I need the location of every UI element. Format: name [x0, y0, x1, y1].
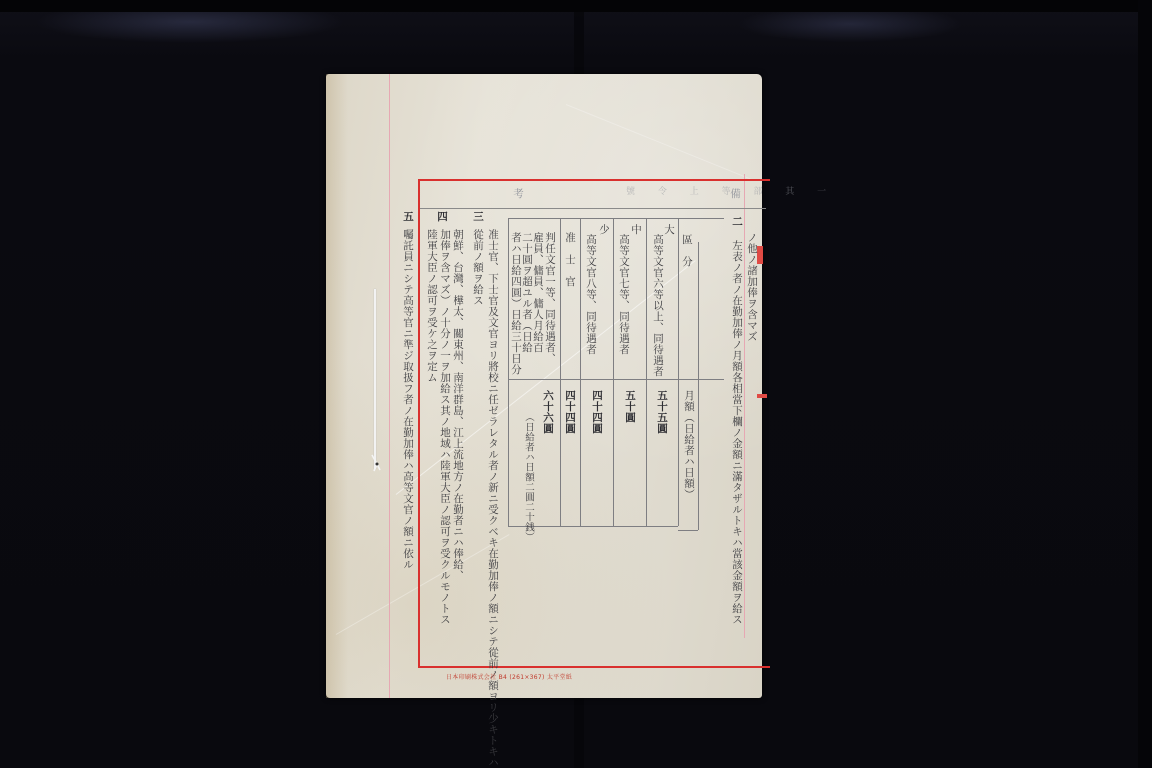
- frame-top-edge: [0, 0, 1152, 12]
- row-5-category-d: 者ハ日給四圓）日給三十日分: [510, 232, 522, 375]
- section-2-line-1: ノ他ノ諸加俸ヲ含マズ: [746, 232, 758, 342]
- section-2-line-2: 左表ノ者ノ在勤加俸ノ月額各相當下欄ノ金額ニ滿タザルトキハ當該金額ヲ給ス: [731, 240, 743, 625]
- document-page: 備 考 號 令 上 等 部 其 一 二 ノ他ノ諸加俸ヲ含マズ 左表ノ者ノ在勤加俸…: [326, 74, 762, 698]
- row-2-category: 高等文官七等、同待遇者: [618, 234, 630, 355]
- row-2-amount: 五十圓: [624, 390, 636, 423]
- paper-crease: [566, 104, 752, 180]
- table-col-divider: [698, 242, 699, 530]
- row-1-category: 高等文官六等以上、同待遇者: [652, 234, 664, 377]
- section-4-line-2: 加俸ヲ含マズ）ノ十分ノ一ヲ加給ス其ノ地域ハ陸軍大臣ノ認可ヲ受クルモノトス: [439, 229, 451, 625]
- section-4-line-3: 陸軍大臣ノ認可ヲ受ケ之ヲ定ム: [426, 229, 438, 383]
- table-col-divider: [580, 218, 581, 526]
- margin-line: [389, 74, 390, 698]
- header-char-left: 考: [512, 188, 524, 199]
- row-2-rank-mark: 中: [630, 224, 642, 235]
- section-3-number: 三: [472, 211, 484, 222]
- table-col-divider: [646, 218, 647, 526]
- section-4-number: 四: [436, 211, 448, 222]
- row-1-rank-mark: 大: [663, 224, 675, 235]
- row-3-category: 高等文官八等、同待遇者: [585, 234, 597, 355]
- row-4-amount: 四十四圓: [564, 390, 576, 434]
- table-mid-rule: [508, 379, 724, 380]
- table-top-rule: [508, 218, 724, 219]
- section-4-line-1: 朝鮮、台灣、樺太、關東州、南洋群島、江上流地方ノ在勤者ニハ俸給、: [452, 229, 464, 581]
- table-header-category: 區 分: [681, 234, 693, 267]
- section-5-line-1: 囑託員ニシテ高等官ニ準ジ取扱フ者ノ在勤加俸ハ高等文官ノ額ニ依ル: [402, 229, 414, 570]
- row-5-category-b: 雇員、傭員、傭人月給百: [532, 232, 544, 353]
- row-3-amount: 四十四圓: [591, 390, 603, 434]
- row-3-rank-mark: 少: [598, 224, 610, 235]
- red-edge-mark: [757, 394, 767, 398]
- frame-right-edge: [1138, 0, 1152, 768]
- header-rule: [420, 208, 766, 209]
- section-3-line-1: 准士官、下士官及文官ヨリ將校ニ任ゼラレタル者ノ新ニ受クベキ在勤加俸ノ額ニシテ從前…: [487, 229, 499, 768]
- row-5-category-c: 二十圓ヲ超ユル者（日給: [521, 232, 533, 353]
- section-3-line-2: 從前ノ額ヲ給ス: [472, 229, 484, 306]
- table-col-divider: [613, 218, 614, 526]
- table-col-divider: [508, 218, 509, 526]
- row-5-category-a: 判任文官一等、同待遇者、: [544, 232, 556, 364]
- table-header-bottom-rule: [678, 530, 698, 531]
- header-faint-text: 號 令 上 等 部 其 一: [626, 186, 836, 198]
- section-2-number: 二: [731, 216, 743, 227]
- row-5-amount-note: （日給者ハ日額二圓二十銭）: [522, 412, 534, 542]
- table-header-amount: 月額（日給者ハ日額）: [683, 390, 695, 500]
- binding-thread: [374, 289, 376, 469]
- table-col-divider: [560, 218, 561, 526]
- printer-imprint: 日本印刷株式会社 B4 (261×367) 太平堂紙: [446, 672, 572, 681]
- section-5-number: 五: [402, 211, 414, 222]
- table-col-divider: [678, 218, 679, 526]
- row-5-amount: 六十六圓: [542, 390, 554, 434]
- binding-knot-icon: [370, 454, 382, 472]
- row-4-category: 准 士 官: [564, 232, 576, 287]
- row-1-amount: 五十五圓: [656, 390, 668, 434]
